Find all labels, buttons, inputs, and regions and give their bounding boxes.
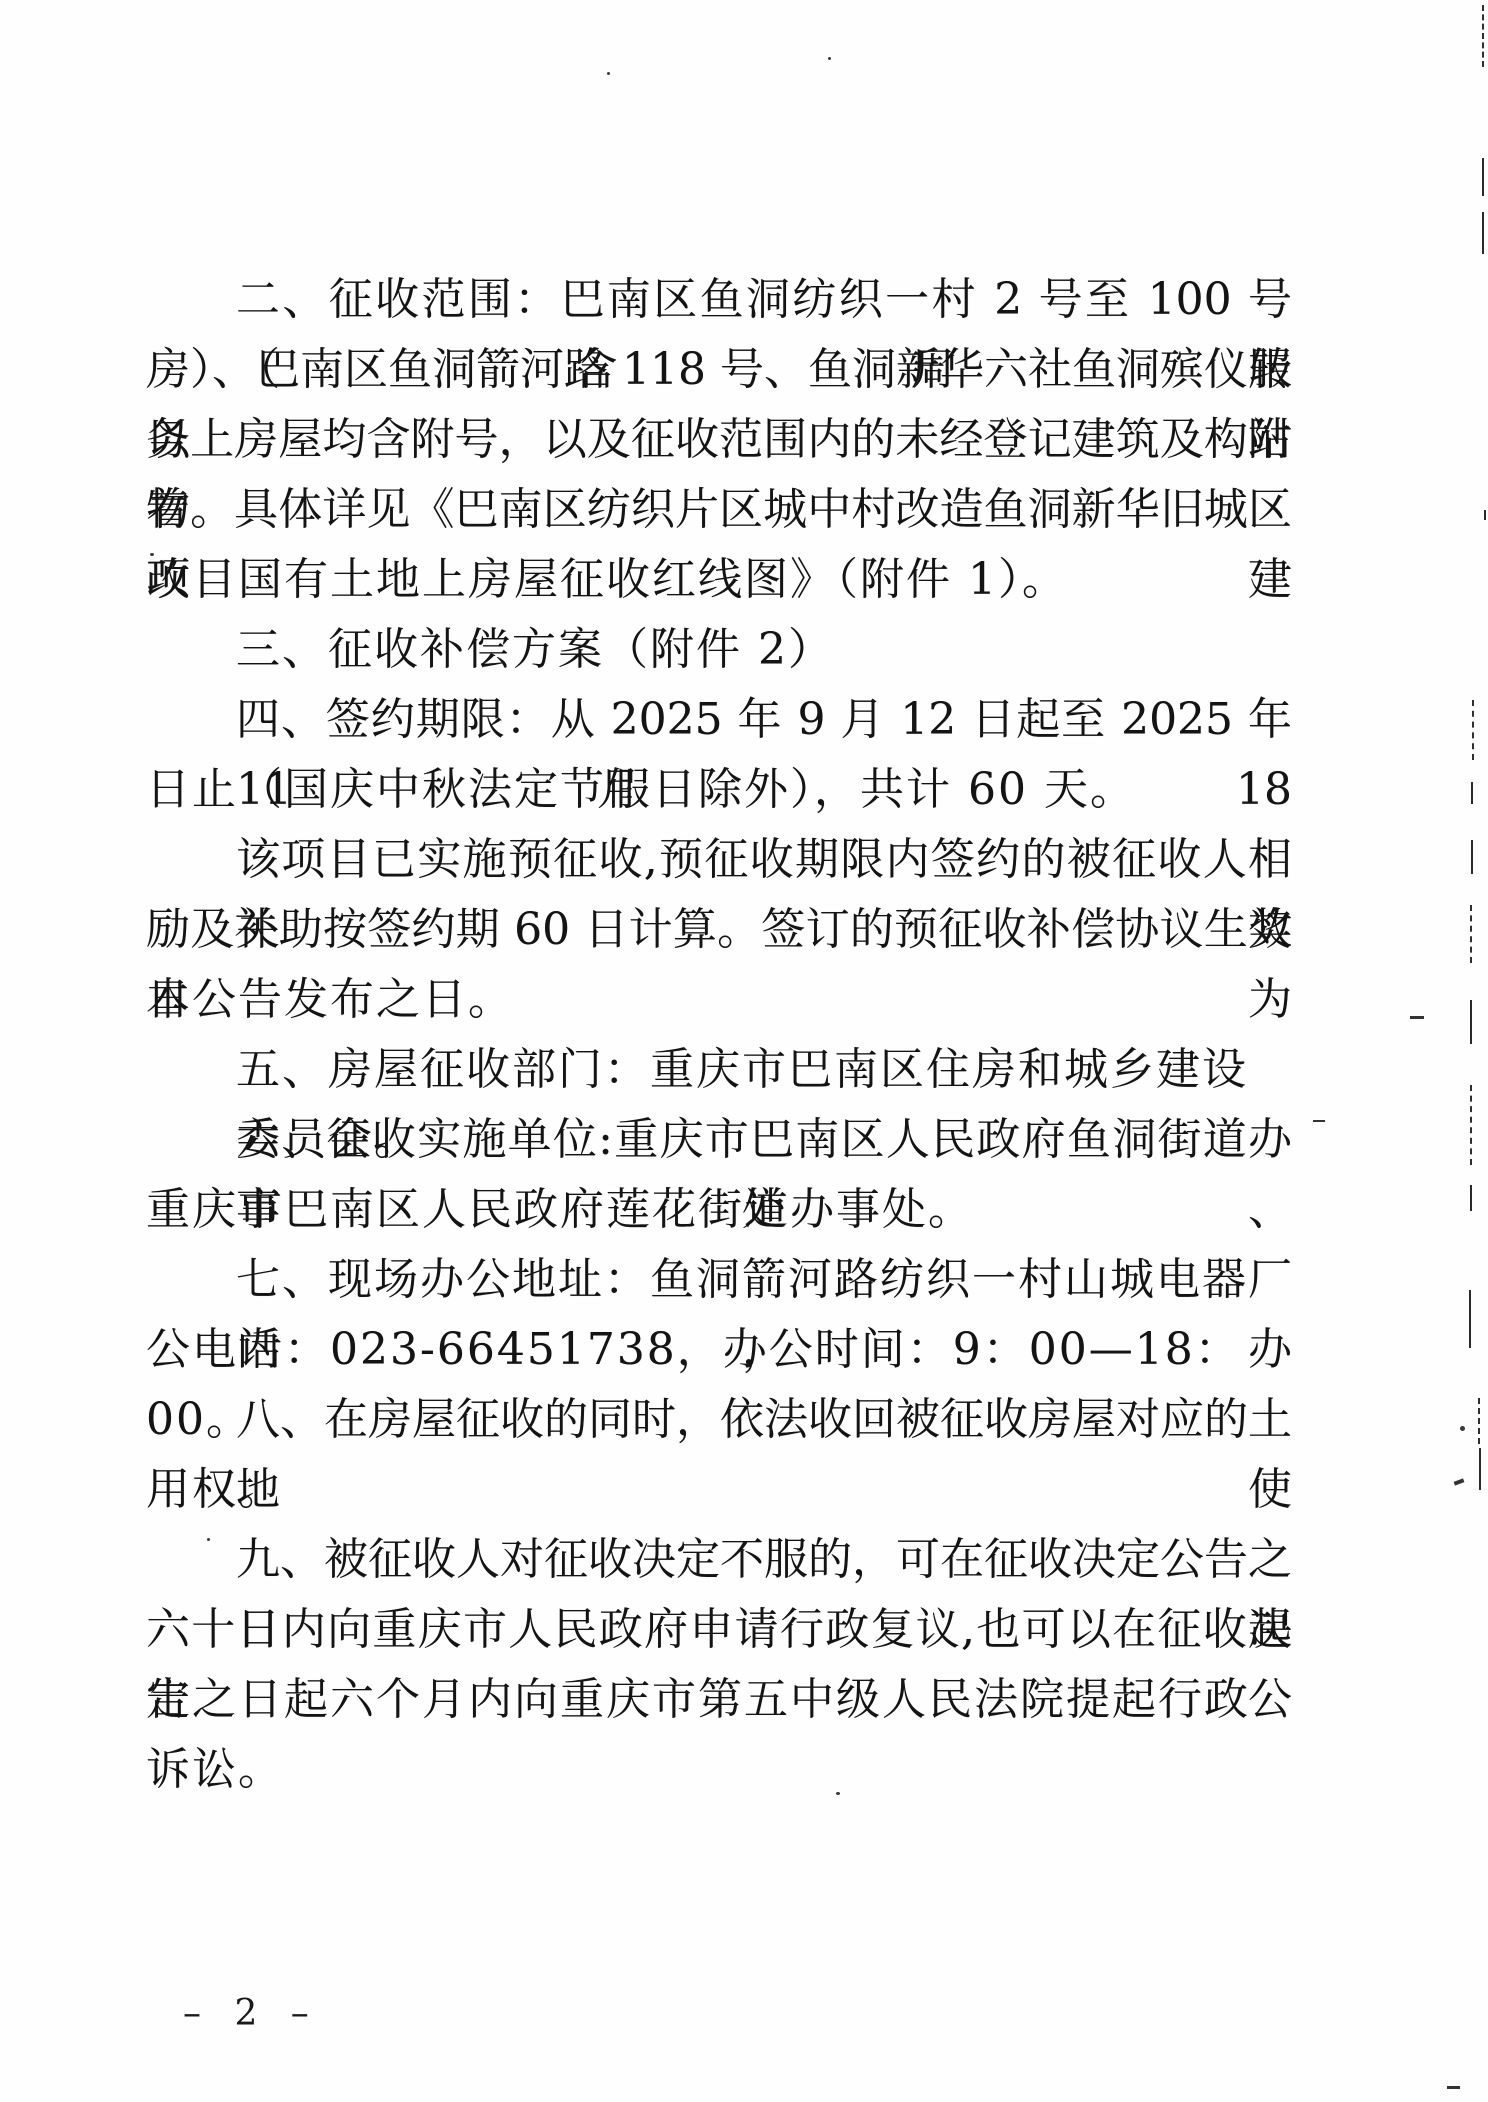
doc-line: 以上房屋均含附号，以及征收范围内的未经登记建筑及构附着 — [146, 405, 1292, 475]
scan-speck — [828, 57, 831, 60]
scan-edge-line — [1470, 905, 1472, 963]
scan-edge-line — [1484, 510, 1486, 520]
scan-edge-line — [1482, 212, 1484, 254]
scan-edge-line — [1478, 1398, 1480, 1444]
scan-edge-line — [1472, 700, 1474, 760]
scan-edge-line — [1482, 5, 1484, 67]
scan-speck — [150, 553, 154, 556]
scan-edge-line — [1471, 840, 1473, 874]
doc-line: 九、被征收人对征收决定不服的，可在征收决定公告之日起 — [146, 1525, 1292, 1595]
doc-line: 日止（国庆中秋法定节假日除外），共计 60 天。 — [146, 755, 1292, 825]
scan-mark — [1313, 1120, 1325, 1122]
doc-line: 五、房屋征收部门：重庆市巴南区住房和城乡建设委员会。 — [146, 1035, 1292, 1105]
doc-line: 房）、巴南区鱼洞箭河路 118 号、鱼洞新华六社鱼洞殡仪服务站 — [146, 335, 1292, 405]
doc-line: 六十日内向重庆市人民政府申请行政复议,也可以在征收决定公 — [146, 1595, 1292, 1665]
scan-mark — [1447, 2086, 1460, 2089]
doc-line: 三、征收补偿方案（附件 2） — [146, 615, 1292, 685]
scan-edge-line — [1471, 782, 1473, 804]
doc-line: 告之日起六个月内向重庆市第五中级人民法院提起行政诉讼。 — [146, 1665, 1292, 1735]
doc-line: 励及补助按签约期 60 日计算。签订的预征收补偿协议生效日为 — [146, 895, 1292, 965]
scan-mark — [1454, 1478, 1465, 1485]
scan-edge-line — [1470, 1085, 1472, 1165]
scan-edge-line — [1482, 158, 1484, 196]
scan-speck — [836, 1792, 840, 1795]
scan-edge-line — [1479, 1448, 1481, 1490]
scan-edge-line — [1469, 1290, 1471, 1348]
doc-line: 七、现场办公地址：鱼洞箭河路纺织一村山城电器厂内，办 — [146, 1245, 1292, 1315]
scan-edge-line — [1470, 1000, 1472, 1044]
scan-speck — [207, 1538, 210, 1541]
scan-speck — [1460, 1426, 1465, 1431]
scan-speck — [246, 586, 249, 589]
doc-line: 公电话：023-66451738，办公时间：9：00—18：00。 — [146, 1315, 1292, 1385]
doc-line: 二、征收范围：巴南区鱼洞纺织一村 2 号至 100 号（含周转 — [146, 265, 1292, 335]
doc-line: 四、签约期限：从 2025 年 9 月 12 日起至 2025 年 11 月 1… — [146, 685, 1292, 755]
doc-line: 八、在房屋征收的同时，依法收回被征收房屋对应的土地使 — [146, 1385, 1292, 1455]
notice-body: 二、征收范围：巴南区鱼洞纺织一村 2 号至 100 号（含周转 房）、巴南区鱼洞… — [146, 265, 1292, 1735]
page-number: – 2 – — [183, 1993, 313, 2034]
doc-line: 该项目已实施预征收,预征收期限内签约的被征收人相关奖 — [146, 825, 1292, 895]
doc-line: 物。具体详见《巴南区纺织片区城中村改造鱼洞新华旧城区改建 — [146, 475, 1292, 545]
scan-speck — [607, 72, 610, 75]
scan-mark — [1410, 1016, 1424, 1019]
doc-line: 六、征收实施单位:重庆市巴南区人民政府鱼洞街道办事处、 — [146, 1105, 1292, 1175]
scan-edge-line — [1470, 1185, 1472, 1211]
